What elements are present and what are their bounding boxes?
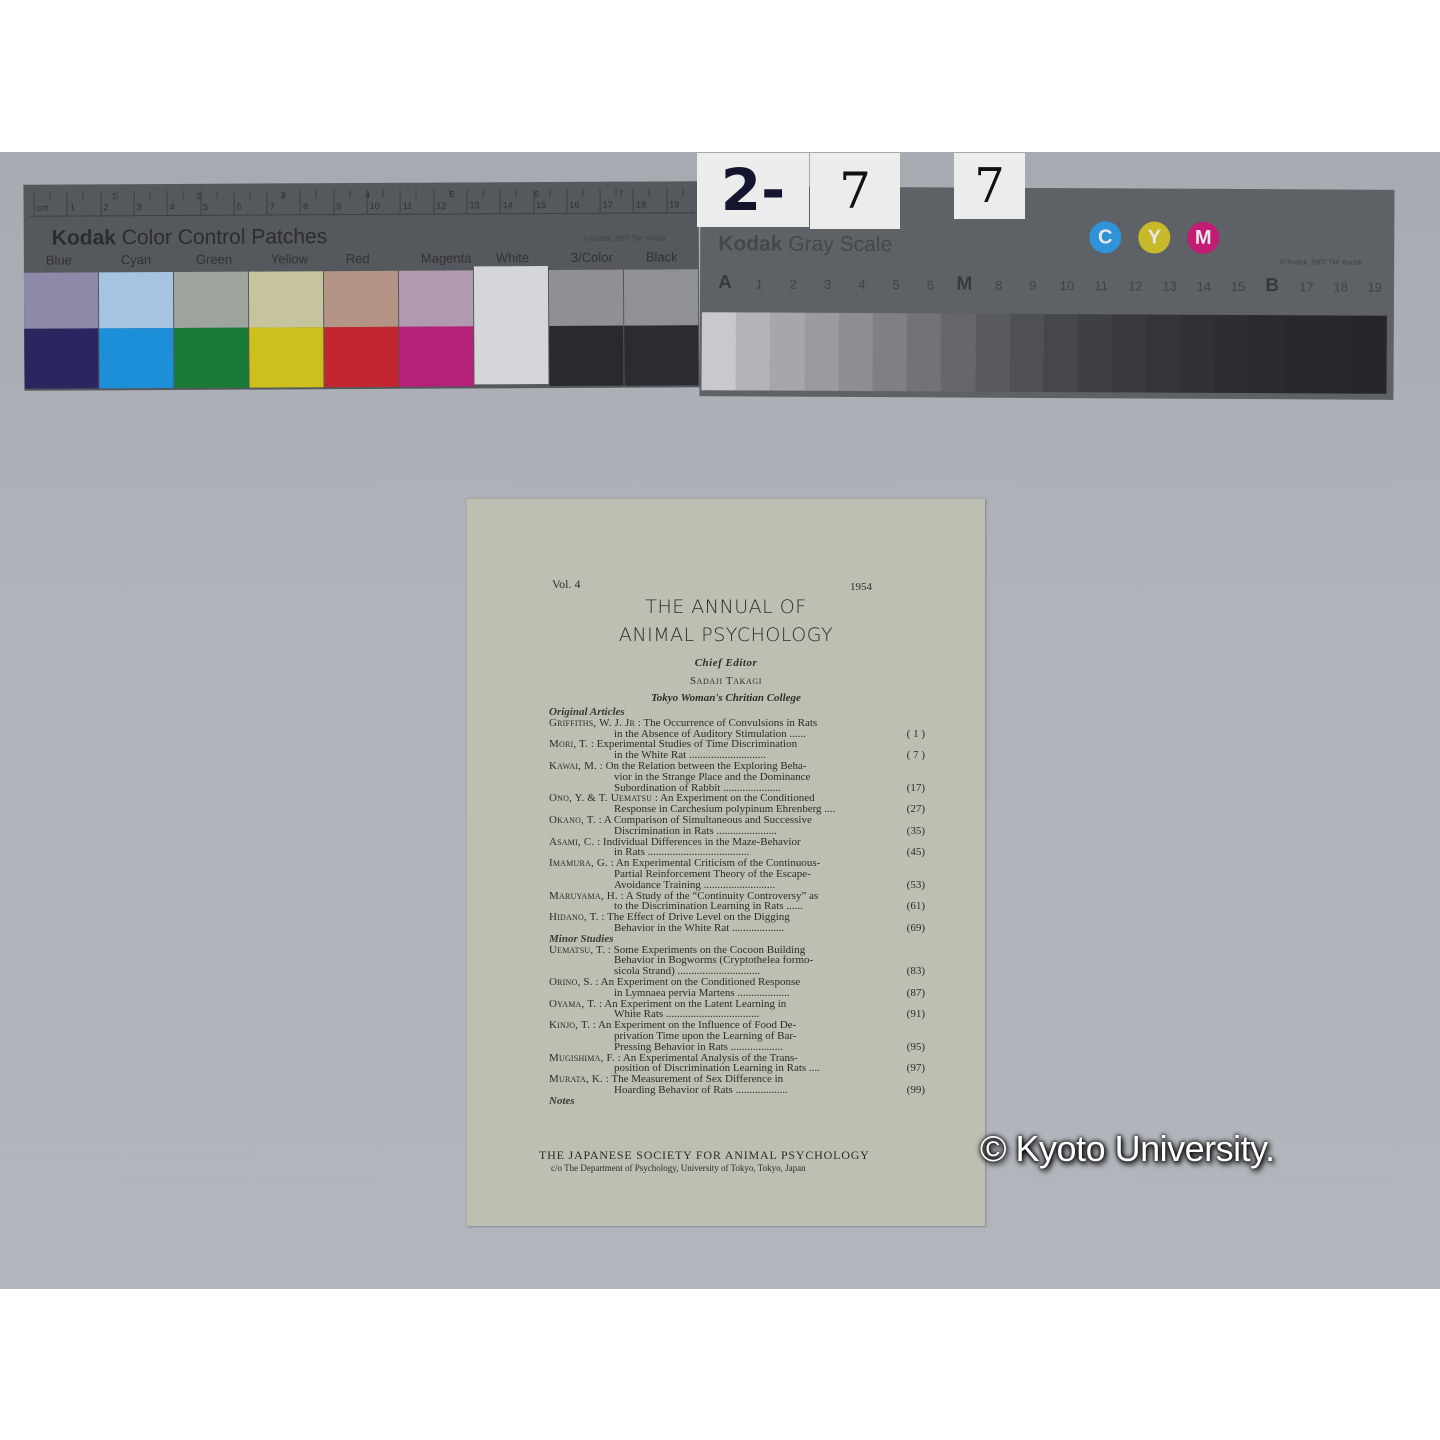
patch-light-black [624,269,698,325]
entry-line: Discrimination in Rats .................… [549,826,909,837]
entry-author: Murata, K. [549,1073,603,1085]
entry-page-number: (91) [907,1009,925,1020]
table-of-contents: Original ArticlesGriffiths, W. J. Jr : T… [549,707,909,1106]
section-heading: Notes [549,1096,909,1107]
patch-dark-yellow [249,327,323,387]
ruler-tick [482,189,483,197]
gray-step-patch [975,314,1011,392]
gray-step-patch [1180,315,1216,393]
ruler-tick [382,190,383,198]
ruler-tick [466,189,467,213]
color-control-chart: cm1234567891011121314151617181912345678 … [23,181,699,391]
gray-step-patch [1214,315,1250,393]
patch-dark-cyan [99,328,173,388]
entry-author: Mugishima, F. [549,1052,615,1064]
ruler-tick [50,192,51,200]
ruler-tick [233,191,234,215]
toc-entry: Kinjo, T. : An Experiment on the Influen… [549,1020,909,1052]
toc-entry: Oyama, T. : An Experiment on the Latent … [549,999,909,1021]
ruler-tick [216,191,217,199]
entry-page-number: (17) [907,783,925,794]
ruler-tick [500,189,501,213]
patch-dark-red [324,327,398,387]
ruler: cm1234567891011121314151617181912345678 [30,188,695,216]
gray-step-label: 6 [927,277,934,292]
document-page: Vol. 4 1954 THE ANNUAL OF ANIMAL PSYCHOL… [466,498,985,1226]
entry-line: Griffiths, W. J. Jr : The Occurrence of … [549,718,909,729]
gray-step-label: 19 [1368,280,1383,295]
toc-entry: Uematsu, T. : Some Experiments on the Co… [549,945,909,977]
gray-step-patch [736,312,772,390]
ruler-inch-label: 7 [618,189,623,199]
entry-author: Uematsu, T. [549,944,605,956]
ruler-cm-label: 16 [569,200,579,210]
entry-page-number: (69) [907,923,925,934]
ruler-tick [349,190,350,198]
gray-chart-title: Gray Scale [788,233,892,257]
gray-step-patch [1078,314,1114,392]
gray-step-label: 2 [790,277,797,292]
entry-author: Griffiths, W. J. Jr [549,717,635,729]
ruler-tick [267,190,268,214]
color-chart-copyright: © Kodak, 2007 TM: Kodak [584,235,666,242]
gray-step-label: 5 [892,277,899,292]
ruler-cm-label: 17 [603,200,613,210]
toc-entry: Asami, C. : Individual Differences in th… [549,837,909,859]
ruler-tick [682,188,683,196]
entry-author: Mori, T. [549,738,588,750]
gray-step-label: 10 [1060,278,1075,293]
gray-step-labels: A123456M89101112131415B171819 [700,276,1394,302]
ruler-cm-label: 8 [303,201,308,211]
patch-light-3color [549,270,623,326]
gray-step-label: 17 [1299,279,1314,294]
entry-page-number: (61) [907,901,925,912]
ruler-tick [616,189,617,197]
ruler-tick [149,191,150,199]
ruler-inch-label: 5 [449,190,454,200]
entry-page-number: (99) [907,1085,925,1096]
entry-page-number: (35) [907,826,925,837]
gray-step-label: 18 [1333,279,1348,294]
ruler-tick [649,188,650,196]
ruler-tick [333,190,334,214]
patch-dark-blue [24,328,98,388]
toc-entry: Orino, S. : An Experiment on the Conditi… [549,977,909,999]
cym-y-marker: Y [1138,221,1170,253]
entry-page-number: (27) [907,804,925,815]
gray-step-label: 11 [1094,278,1108,293]
gray-step-label: 1 [756,276,763,291]
entry-page-number: ( 1 ) [907,729,925,740]
gray-step-patch [1009,314,1045,392]
ruler-tick [633,189,634,213]
entry-page-number: (97) [907,1063,925,1074]
ruler-cm-label: 9 [336,201,341,211]
ruler-tick [416,190,417,198]
gray-step-label: 14 [1197,279,1212,294]
gray-step-patch [838,313,874,391]
ruler-cm-label: 15 [536,200,546,210]
entry-author: Okano, T. [549,814,596,826]
ruler-cm-label: 6 [236,202,241,212]
kodak-logo: Kodak [718,232,782,255]
gray-step-patch [1112,314,1148,392]
journal-title-line-2: ANIMAL PSYCHOLOGY [467,624,985,646]
ruler-tick [133,191,134,215]
ruler-cm-label: 11 [403,201,412,211]
ruler-tick [600,189,601,213]
toc-entry: Maruyama, H. : A Study of the “Continuit… [549,891,909,913]
gray-step-label: 4 [858,277,865,292]
ruler-tick [300,190,301,214]
ruler-tick [67,192,68,216]
gray-step-patch [907,313,943,391]
ruler-cm-label: 4 [170,202,175,212]
patch-label-green: Green [196,252,232,267]
toc-entry: Imamura, G. : An Experimental Criticism … [549,858,909,890]
patch-light-red [324,271,398,327]
patch-label-yellow: Yellow [271,251,308,266]
gray-step-label: 9 [1029,278,1036,293]
entry-page-number: ( 7 ) [907,750,925,761]
target-card-suffix: 7 [954,153,1025,219]
gray-chart-brand: Kodak Gray Scale [718,232,892,257]
publication-year: 1954 [850,581,872,593]
gray-step-label: A [718,272,732,294]
publisher: THE JAPANESE SOCIETY FOR ANIMAL PSYCHOLO… [539,1148,870,1163]
gray-step-label: M [956,274,972,296]
patch-dark-green [174,328,248,388]
ruler-tick [167,191,168,215]
gray-step-label: 15 [1231,279,1246,294]
ruler-cm-label: 13 [469,200,479,210]
entry-line: Behavior in the White Rat ..............… [549,923,909,934]
ruler-inch-label: 1 [112,191,117,201]
patch-label-black: Black [646,249,678,264]
gray-step-patch [1351,316,1387,394]
ruler-tick [549,189,550,197]
patch-dark-magenta [399,326,473,386]
patch-label-cyan: Cyan [121,252,151,267]
gray-step-label: 12 [1128,278,1143,293]
ruler-inch-label: 6 [534,189,539,199]
patch-label-3color: 3/Color [571,250,613,265]
entry-line: in Lymnaea pervia Martens ..............… [549,988,909,999]
patch-light-cyan [99,272,173,328]
patch-dark-black [624,325,698,385]
ruler-cm-label: 14 [503,200,513,210]
ruler-inch-label: 2 [196,191,201,201]
patch-label-red: Red [346,251,370,266]
entry-author: Hidano, T. [549,911,599,923]
gray-step-patch [1043,314,1079,392]
gray-step-patch [872,313,908,391]
entry-page-number: (53) [907,880,925,891]
entry-page-number: (95) [907,1042,925,1053]
ruler-cm-label: 1 [70,202,75,212]
ruler-tick [249,191,250,199]
ruler-tick [516,189,517,197]
patch-label-white: White [496,250,529,265]
gray-step-label: 13 [1162,279,1177,294]
journal-title-line-1: THE ANNUAL OF [467,596,985,618]
entry-author: Orino, S. [549,976,593,988]
ruler-inch-label: 3 [280,190,285,200]
gray-step-label: B [1265,275,1279,297]
entry-page-number: (45) [907,847,925,858]
copyright-watermark: © Kyoto University. [980,1128,1274,1170]
ruler-tick [183,191,184,199]
toc-entry: Mori, T. : Experimental Studies of Time … [549,739,909,761]
toc-entry: Griffiths, W. J. Jr : The Occurrence of … [549,718,909,740]
ruler-cm-label: 10 [370,201,380,211]
gray-step-label: 8 [995,278,1002,293]
ruler-cm-label: 12 [436,201,446,211]
gray-step-label: 3 [824,277,831,292]
ruler-cm-label: 2 [103,202,108,212]
ruler-cm-label: 18 [636,200,646,210]
target-card-prefix: 2- [697,153,809,227]
ruler-cm-label: 3 [136,202,141,212]
patch-label-blue: Blue [46,253,72,268]
ruler-cm-label: cm [37,203,49,213]
toc-entry: Mugishima, F. : An Experimental Analysis… [549,1053,909,1075]
ruler-tick [666,188,667,212]
gray-chart-copyright: © Kodak, 2007 TM: Kodak [1280,259,1362,266]
toc-entry: Kawai, M. : On the Relation between the … [549,761,909,793]
ruler-tick [316,190,317,198]
gray-step-patch [770,313,806,391]
patch-light-blue [24,272,98,328]
entry-page-number: (87) [907,988,925,999]
target-card-middle: 7 [810,153,900,229]
entry-line: Hoarding Behavior of Rats ..............… [549,1085,909,1096]
patch-dark-3color [549,326,623,386]
ruler-tick [34,192,35,216]
patch-white [474,266,549,384]
color-chart-title: Color Control Patches [122,225,328,249]
ruler-tick [566,189,567,213]
gray-step-patch [1146,315,1182,393]
ruler-tick [433,190,434,214]
patch-label-magenta: Magenta [421,250,472,265]
patch-light-yellow [249,271,323,327]
ruler-tick [83,191,84,199]
entry-author: Kawai, M. [549,760,597,772]
gray-step-patch [1317,315,1353,393]
ruler-cm-label: 19 [669,199,679,209]
entry-author: Oyama, T. [549,998,596,1010]
publisher-address: c/o The Department of Psychology, Univer… [551,1163,806,1173]
color-chart-brand: Kodak Color Control Patches [52,225,328,250]
cym-c-marker: C [1089,221,1121,253]
patch-labels: BlueCyanGreenYellowRedMagentaWhite3/Colo… [24,247,699,269]
entry-author: Kinjo, T. [549,1019,590,1031]
volume-number: Vol. 4 [552,577,580,592]
toc-entry: Okano, T. : A Comparison of Simultaneous… [549,815,909,837]
institution: Tokyo Woman's Chritian College [467,692,985,704]
entry-author: Maruyama, H. [549,890,618,902]
patch-light-green [174,272,248,328]
cym-m-marker: M [1187,222,1219,254]
entry-page-number: (83) [907,966,925,977]
toc-entry: Murata, K. : The Measurement of Sex Diff… [549,1074,909,1096]
ruler-cm-label: 5 [203,202,208,212]
gray-step-patch [804,313,840,391]
toc-entry: Ono, Y. & T. Uematsu : An Experiment on … [549,793,909,815]
ruler-inch-label: 4 [365,190,370,200]
ruler-tick [582,189,583,197]
ruler-cm-label: 7 [270,201,275,211]
gray-step-patch [1283,315,1319,393]
gray-step-patch [1249,315,1285,393]
ruler-tick [100,191,101,215]
toc-entry: Hidano, T. : The Effect of Drive Level o… [549,912,909,934]
patch-light-magenta [399,270,473,326]
kodak-logo: Kodak [52,226,116,249]
editor-name: Sadaji Takagi [467,675,985,687]
ruler-tick [400,190,401,214]
gray-step-patch [701,312,737,390]
entry-author: Imamura, G. [549,857,608,869]
editor-label: Chief Editor [467,657,985,669]
entry-author: Asami, C. [549,836,594,848]
entry-line: vior in the Strange Place and the Domina… [549,772,909,783]
gray-step-patch [941,313,977,391]
